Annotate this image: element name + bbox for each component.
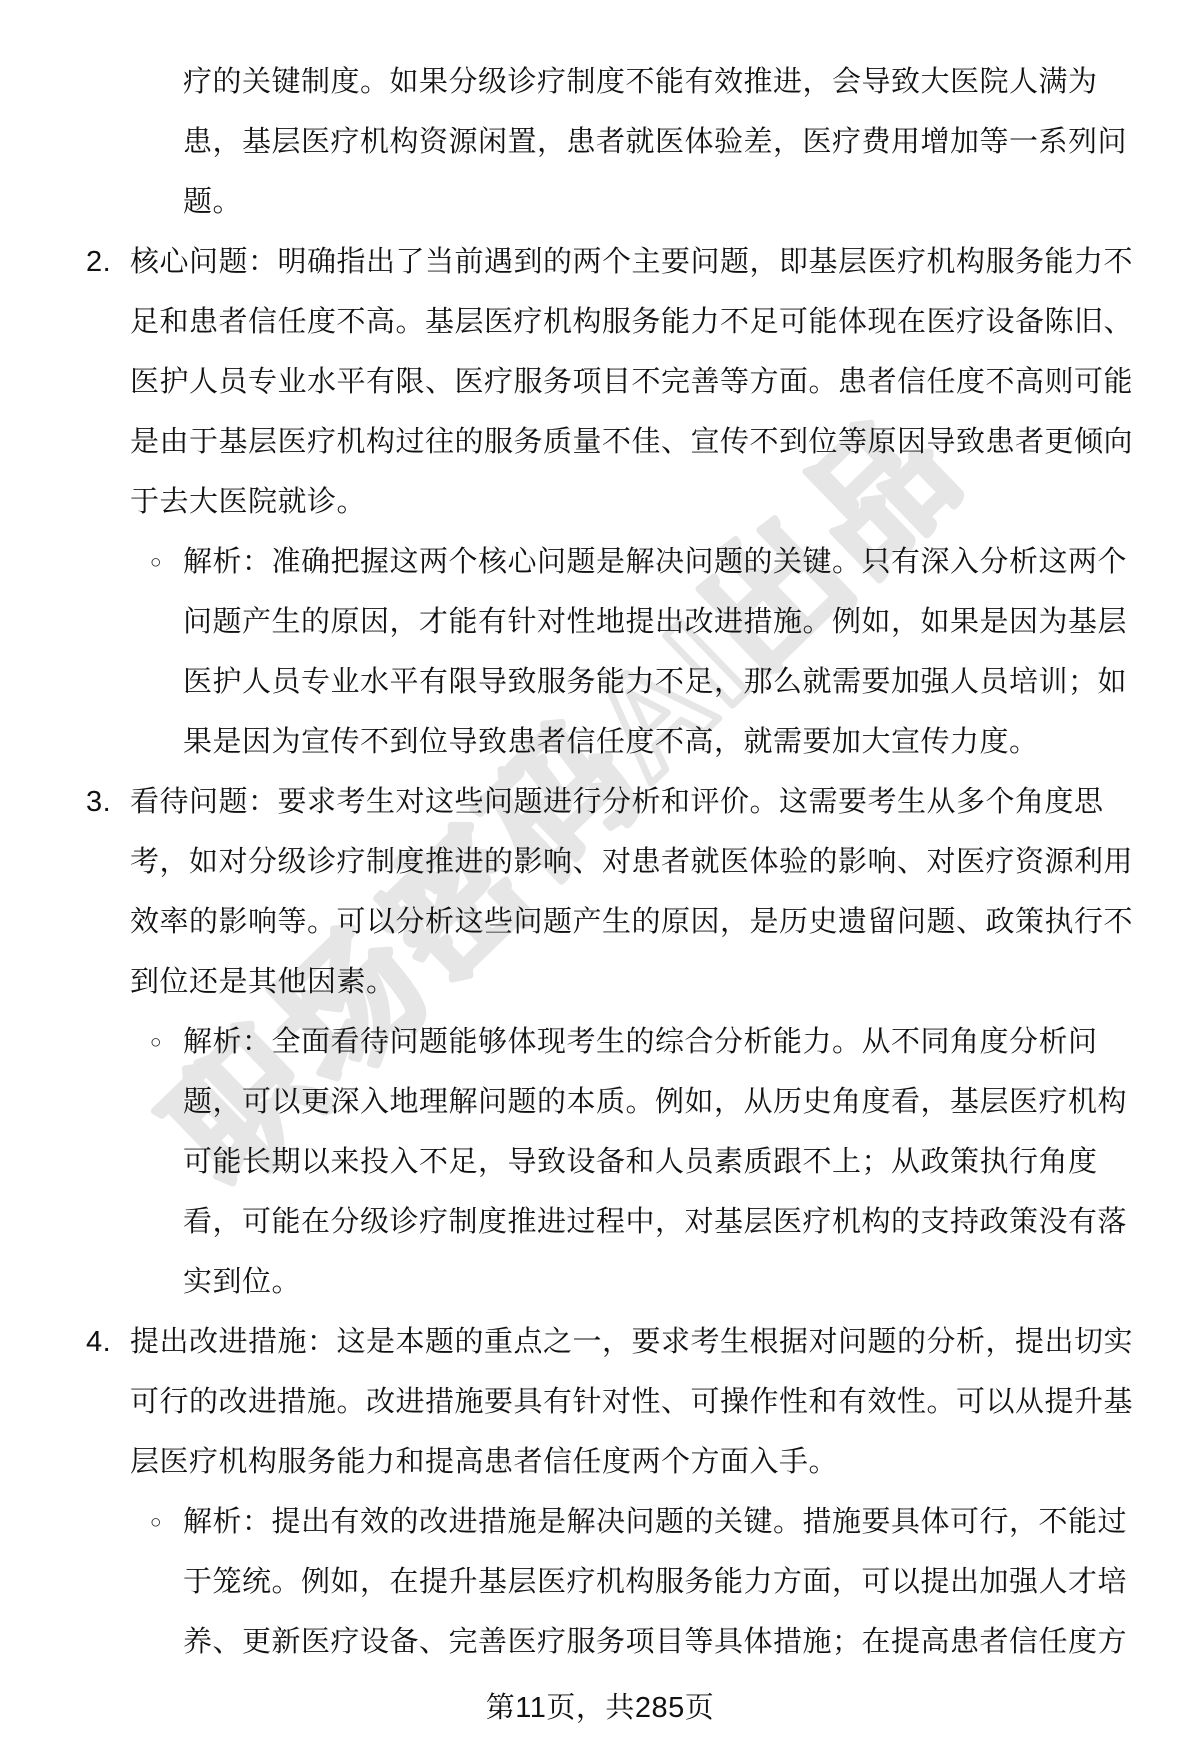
text-line: 层医疗机构服务能力和提高患者信任度两个方面入手。: [60, 1432, 1150, 1492]
line-text: 题。: [183, 186, 242, 218]
line-text: 可行的改进措施。改进措施要具有针对性、可操作性和有效性。可以从提升基: [130, 1386, 1133, 1418]
line-text: 患，基层医疗机构资源闲置，患者就医体验差，医疗费用增加等一系列问: [183, 126, 1127, 158]
circle-bullet-icon: ○: [150, 1013, 162, 1073]
text-line: 疗的关键制度。如果分级诊疗制度不能有效推进，会导致大医院人满为: [60, 52, 1150, 112]
line-text: 果是因为宣传不到位导致患者信任度不高，就需要加大宣传力度。: [183, 726, 1039, 758]
line-text: 层医疗机构服务能力和提高患者信任度两个方面入手。: [130, 1446, 838, 1478]
text-line: 看，可能在分级诊疗制度推进过程中，对基层医疗机构的支持政策没有落: [60, 1192, 1150, 1252]
text-line: 于笼统。例如，在提升基层医疗机构服务能力方面，可以提出加强人才培: [60, 1552, 1150, 1612]
list-item-2: 2.核心问题：明确指出了当前遇到的两个主要问题，即基层医疗机构服务能力不: [60, 232, 1150, 292]
circle-bullet-icon: ○: [150, 1493, 162, 1553]
sub-bullet-item: ○解析：准确把握这两个核心问题是解决问题的关键。只有深入分析这两个: [60, 532, 1150, 592]
line-text: 医护人员专业水平有限导致服务能力不足，那么就需要加强人员培训；如: [183, 666, 1127, 698]
text-line: 于去大医院就诊。: [60, 472, 1150, 532]
list-item-3: 3.看待问题：要求考生对这些问题进行分析和评价。这需要考生从多个角度思: [60, 772, 1150, 832]
line-text: 核心问题：明确指出了当前遇到的两个主要问题，即基层医疗机构服务能力不: [130, 246, 1133, 278]
line-text: 解析：全面看待问题能够体现考生的综合分析能力。从不同角度分析问: [183, 1026, 1098, 1058]
line-text: 医护人员专业水平有限、医疗服务项目不完善等方面。患者信任度不高则可能: [130, 366, 1133, 398]
list-number: 4.: [86, 1312, 111, 1372]
text-line: 可行的改进措施。改进措施要具有针对性、可操作性和有效性。可以从提升基: [60, 1372, 1150, 1432]
text-line: 足和患者信任度不高。基层医疗机构服务能力不足可能体现在医疗设备陈旧、: [60, 292, 1150, 352]
document-page: 职场密码AI出品 疗的关键制度。如果分级诊疗制度不能有效推进，会导致大医院人满为…: [0, 0, 1200, 1755]
line-text: 足和患者信任度不高。基层医疗机构服务能力不足可能体现在医疗设备陈旧、: [130, 306, 1133, 338]
text-line: 可能长期以来投入不足，导致设备和人员素质跟不上；从政策执行角度: [60, 1132, 1150, 1192]
line-text: 看，可能在分级诊疗制度推进过程中，对基层医疗机构的支持政策没有落: [183, 1206, 1127, 1238]
page-footer: 第11页，共285页: [0, 1678, 1200, 1738]
text-line: 到位还是其他因素。: [60, 952, 1150, 1012]
list-number: 2.: [86, 232, 111, 292]
line-text: 可能长期以来投入不足，导致设备和人员素质跟不上；从政策执行角度: [183, 1146, 1098, 1178]
line-text: 问题产生的原因，才能有针对性地提出改进措施。例如，如果是因为基层: [183, 606, 1127, 638]
line-text: 题，可以更深入地理解问题的本质。例如，从历史角度看，基层医疗机构: [183, 1086, 1127, 1118]
sub-bullet-item: ○解析：全面看待问题能够体现考生的综合分析能力。从不同角度分析问: [60, 1012, 1150, 1072]
text-line: 医护人员专业水平有限、医疗服务项目不完善等方面。患者信任度不高则可能: [60, 352, 1150, 412]
line-text: 于去大医院就诊。: [130, 486, 366, 518]
text-line: 医护人员专业水平有限导致服务能力不足，那么就需要加强人员培训；如: [60, 652, 1150, 712]
line-text: 到位还是其他因素。: [130, 966, 396, 998]
line-text: 是由于基层医疗机构过往的服务质量不佳、宣传不到位等原因导致患者更倾向: [130, 426, 1133, 458]
line-text: 看待问题：要求考生对这些问题进行分析和评价。这需要考生从多个角度思: [130, 786, 1104, 818]
text-line: 实到位。: [60, 1252, 1150, 1312]
text-line: 题，可以更深入地理解问题的本质。例如，从历史角度看，基层医疗机构: [60, 1072, 1150, 1132]
text-line: 养、更新医疗设备、完善医疗服务项目等具体措施；在提高患者信任度方: [60, 1612, 1150, 1672]
sub-bullet-item: ○解析：提出有效的改进措施是解决问题的关键。措施要具体可行，不能过: [60, 1492, 1150, 1552]
text-line: 问题产生的原因，才能有针对性地提出改进措施。例如，如果是因为基层: [60, 592, 1150, 652]
text-line: 果是因为宣传不到位导致患者信任度不高，就需要加大宣传力度。: [60, 712, 1150, 772]
line-text: 实到位。: [183, 1266, 301, 1298]
line-text: 解析：提出有效的改进措施是解决问题的关键。措施要具体可行，不能过: [183, 1506, 1127, 1538]
text-line: 题。: [60, 172, 1150, 232]
text-line: 效率的影响等。可以分析这些问题产生的原因，是历史遗留问题、政策执行不: [60, 892, 1150, 952]
text-line: 考，如对分级诊疗制度推进的影响、对患者就医体验的影响、对医疗资源利用: [60, 832, 1150, 892]
line-text: 考，如对分级诊疗制度推进的影响、对患者就医体验的影响、对医疗资源利用: [130, 846, 1133, 878]
text-line: 患，基层医疗机构资源闲置，患者就医体验差，医疗费用增加等一系列问: [60, 112, 1150, 172]
line-text: 养、更新医疗设备、完善医疗服务项目等具体措施；在提高患者信任度方: [183, 1626, 1127, 1658]
circle-bullet-icon: ○: [150, 533, 162, 593]
line-text: 效率的影响等。可以分析这些问题产生的原因，是历史遗留问题、政策执行不: [130, 906, 1133, 938]
line-text: 疗的关键制度。如果分级诊疗制度不能有效推进，会导致大医院人满为: [183, 66, 1098, 98]
list-number: 3.: [86, 772, 111, 832]
line-text: 于笼统。例如，在提升基层医疗机构服务能力方面，可以提出加强人才培: [183, 1566, 1127, 1598]
line-text: 提出改进措施：这是本题的重点之一，要求考生根据对问题的分析，提出切实: [130, 1326, 1133, 1358]
text-line: 是由于基层医疗机构过往的服务质量不佳、宣传不到位等原因导致患者更倾向: [60, 412, 1150, 472]
list-item-4: 4.提出改进措施：这是本题的重点之一，要求考生根据对问题的分析，提出切实: [60, 1312, 1150, 1372]
page-body: 疗的关键制度。如果分级诊疗制度不能有效推进，会导致大医院人满为 患，基层医疗机构…: [60, 52, 1150, 1672]
line-text: 解析：准确把握这两个核心问题是解决问题的关键。只有深入分析这两个: [183, 546, 1127, 578]
